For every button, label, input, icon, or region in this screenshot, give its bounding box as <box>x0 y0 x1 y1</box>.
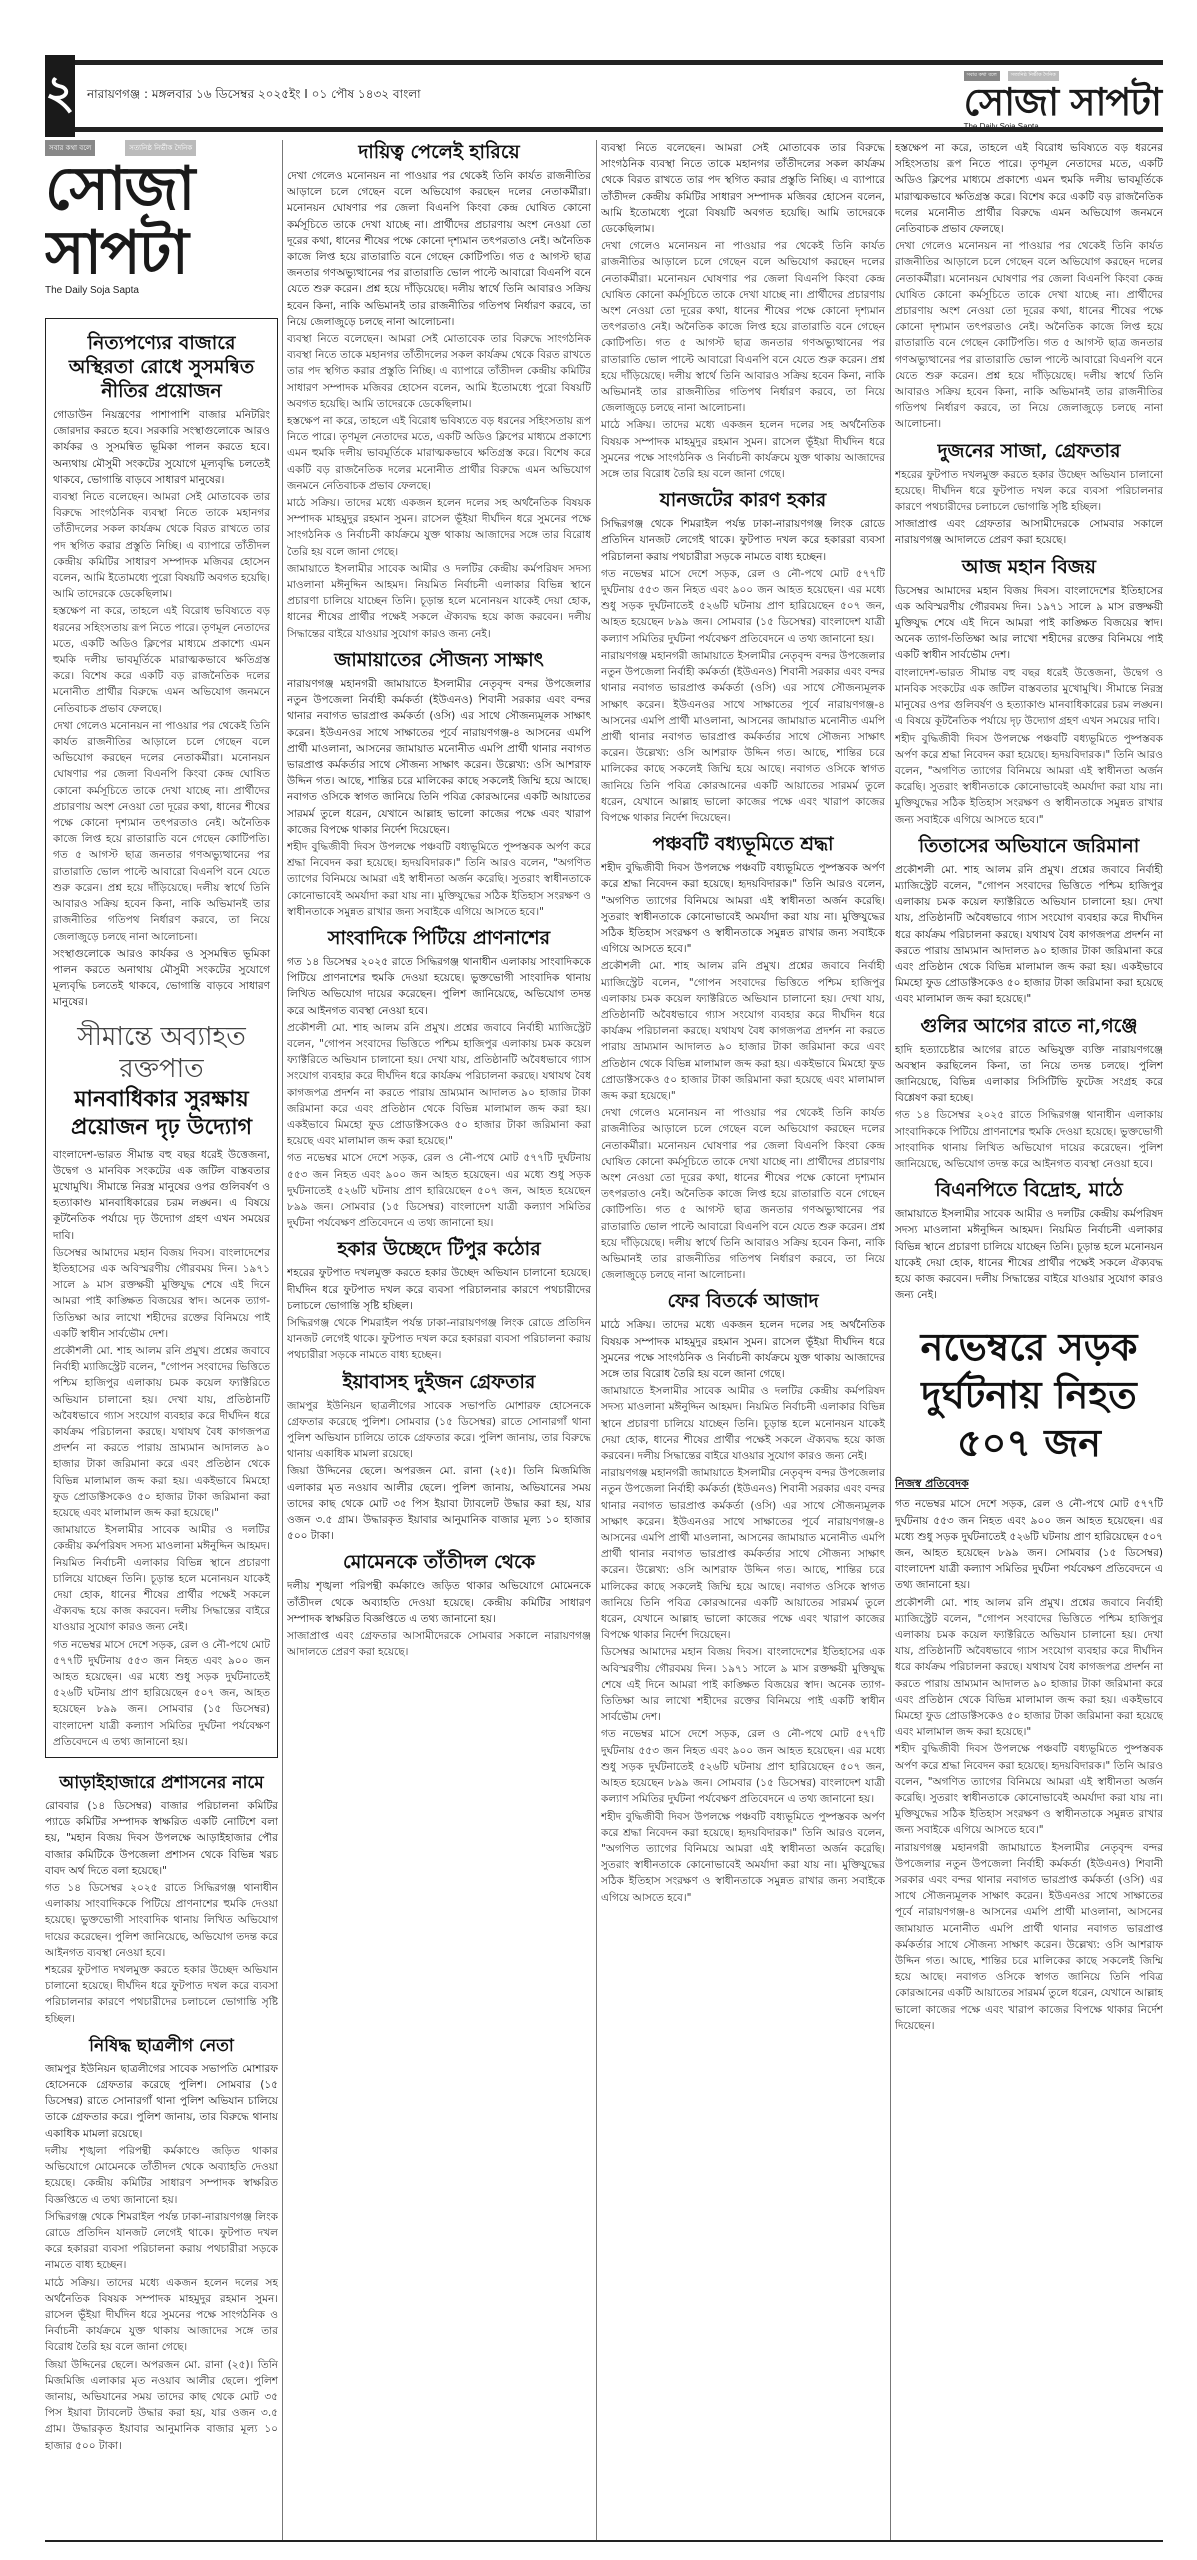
continuation-text: ব্যবস্থা নিতে বলেছেন। আমরা সেই মোতাবেক ত… <box>601 140 885 237</box>
article-body: দেখা গেলেও মনোনয়ন না পাওয়ার পর থেকেই ত… <box>287 168 591 330</box>
article-body: প্রকৌশলী মো. শাহ আলম রনি প্রমুখ। প্রশ্নে… <box>895 862 1163 1008</box>
editorial-second-headline: মানবাধিকার সুরক্ষায় প্রয়োজন দৃঢ় উদ্যো… <box>53 1085 270 1141</box>
logo-title: সোজা সাপটা <box>964 82 1161 122</box>
masthead-logo: সবার কথা বলে সত্যনিষ্ঠ নির্ভীক দৈনিক সোজ… <box>964 71 1161 131</box>
editorial-kicker: সীমান্তে অব্যাহত রক্তপাত <box>53 1021 270 1085</box>
article-body: সিদ্ধিরগঞ্জ থেকে শিমরাইল পর্যন্ত ঢাকা-না… <box>601 516 885 565</box>
column-editorial: সবার কথা বলে সত্যনিষ্ঠ নির্ভীক দৈনিক সোজ… <box>45 140 278 2455</box>
editorial-body: গোডাউন নিয়ন্ত্রণের পাশাপাশি বাজার মনিটর… <box>53 407 270 1011</box>
masthead: ২ নারায়ণগঞ্জ : মঙ্গলবার ১৬ ডিসেম্বর ২০২… <box>45 60 1163 132</box>
article-body: জামায়াতে ইসলামীর সাবেক আমীর ও দলটির কেন… <box>895 1206 1163 1303</box>
editorial-logo: সবার কথা বলে সত্যনিষ্ঠ নির্ভীক দৈনিক সোজ… <box>45 140 278 296</box>
article-body: শহীদ বুদ্ধিজীবী দিবস উপলক্ষে পঞ্চবটি বধ্… <box>601 860 885 957</box>
editorial-closing: সংস্থাগুলোকে আরও কার্যকর ও সুসমন্বিত ভূম… <box>53 946 270 1011</box>
column-divider <box>596 140 597 2540</box>
continuation-text: হস্তক্ষেপ না করে, তাহলে এই বিরোধ ভবিষ্যত… <box>895 140 1163 237</box>
article-body: দলীয় শৃঙ্খলা পরিপন্থী কর্মকাণ্ডে জড়িত … <box>287 1578 591 1627</box>
article-headline: মোমেনকে তাঁতীদল থেকে <box>287 1550 591 1574</box>
article-body: শহরের ফুটপাত দখলমুক্ত করতে হকার উচ্ছেদ অ… <box>287 1265 591 1314</box>
article-headline: যানজটের কারণ হকার <box>601 488 885 512</box>
columns: সবার কথা বলে সত্যনিষ্ঠ নির্ভীক দৈনিক সোজ… <box>45 140 1163 2540</box>
article-headline: আড়াইহাজারে প্রশাসনের নামে <box>45 1772 278 1794</box>
article-headline: নিষিদ্ধ ছাত্রলীগ নেতা <box>45 2035 278 2057</box>
editorial-box: নিত্যপণ্যের বাজারে অস্থিরতা রোধে সুসমন্ব… <box>45 318 278 1758</box>
lead-body: গত নভেম্বর মাসে দেশে সড়ক, রেল ও নৌ-পথে … <box>895 1496 1163 1593</box>
article-headline: হকার উচ্ছেদে টিপুর কঠোর <box>287 1237 591 1261</box>
article-body: মাঠে সক্রিয়। তাদের মধ্যে একজন হলেন দলের… <box>601 1317 885 1382</box>
article-headline: গুলির আগের রাতে না,গঞ্জে <box>895 1014 1163 1038</box>
article-headline: সাংবাদিকে পিটিয়ে প্রাণনাশের <box>287 926 591 950</box>
column-divider <box>890 140 891 2540</box>
article-headline: আজ মহান বিজয় <box>895 555 1163 579</box>
article-body: জামপুর ইউনিয়ন ছাত্রলীগের সাবেক সভাপতি ম… <box>45 2061 278 2142</box>
editorial-headline: নিত্যপণ্যের বাজারে অস্থিরতা রোধে সুসমন্ব… <box>53 331 270 403</box>
dateline: নারায়ণগঞ্জ : মঙ্গলবার ১৬ ডিসেম্বর ২০২৫ই… <box>87 86 421 106</box>
article-body: নারায়ণগঞ্জ মহানগরী জামায়াতে ইসলামীর নে… <box>287 676 591 838</box>
editorial-second-body: বাংলাদেশ-ভারত সীমান্ত বহু বছর ধরেই উত্তে… <box>53 1147 270 1244</box>
article-headline: তিতাসের অভিযানে জরিমানা <box>895 834 1163 858</box>
article-body: হাদি হত্যাচেষ্টার আগের রাতে অভিযুক্ত ব্য… <box>895 1042 1163 1107</box>
article-body: সাজাপ্রাপ্ত এবং গ্রেফতার আসামীদেরকে সোমব… <box>895 516 1163 548</box>
article-headline: পঞ্চবটি বধ্যভূমিতে শ্রদ্ধা <box>601 832 885 856</box>
article-headline: জামায়াতের সৌজন্য সাক্ষাৎ <box>287 648 591 672</box>
article-headline: ফের বিতর্কে আজাদ <box>601 1289 885 1313</box>
column-4: হস্তক্ষেপ না করে, তাহলে এই বিরোধ ভবিষ্যত… <box>895 140 1163 2035</box>
column-2: দায়িত্ব পেলেই হারিয়ে দেখা গেলেও মনোনয়… <box>287 140 591 1661</box>
article-body: গত ১৪ ডিসেম্বর ২০২৫ রাতে সিদ্ধিরগঞ্জ থান… <box>287 954 591 1019</box>
editorial-body-cont: ব্যবস্থা নিতে বলেছেন। আমরা সেই মোতাবেক ত… <box>53 489 270 602</box>
column-3: ব্যবস্থা নিতে বলেছেন। আমরা সেই মোতাবেক ত… <box>601 140 885 1907</box>
page-number: ২ <box>45 55 75 137</box>
article-body: জিয়া উদ্দিনের ছেলে। অপরজন মো. রানা (২৫)… <box>287 1463 591 1544</box>
column-divider <box>282 140 283 2540</box>
newspaper-page: ২ নারায়ণগঞ্জ : মঙ্গলবার ১৬ ডিসেম্বর ২০২… <box>45 60 1163 2540</box>
bottom-rule <box>45 2540 1163 2542</box>
byline: নিজস্ব প্রতিবেদক <box>895 1475 1163 1494</box>
article-headline: দায়িত্ব পেলেই হারিয়ে <box>287 140 591 164</box>
article-headline: ইয়াবাসহ দুইজন গ্রেফতার <box>287 1370 591 1394</box>
article-headline: বিএনপিতে বিদ্রোহ, মাঠে <box>895 1178 1163 1202</box>
lead-headline: নভেম্বরে সড়ক দুর্ঘটনায় নিহত ৫০৭ জন <box>895 1323 1163 1467</box>
article-headline: দুজনের সাজা, গ্রেফতার <box>895 439 1163 463</box>
logo-title: সোজা সাপটা <box>45 157 278 285</box>
article-body: ডিসেম্বর আমাদের মহান বিজয় দিবস। বাংলাদে… <box>895 583 1163 664</box>
article-body: রোববার (১৪ ডিসেম্বর) বাজার পরিচালনা কমিট… <box>45 1798 278 1879</box>
